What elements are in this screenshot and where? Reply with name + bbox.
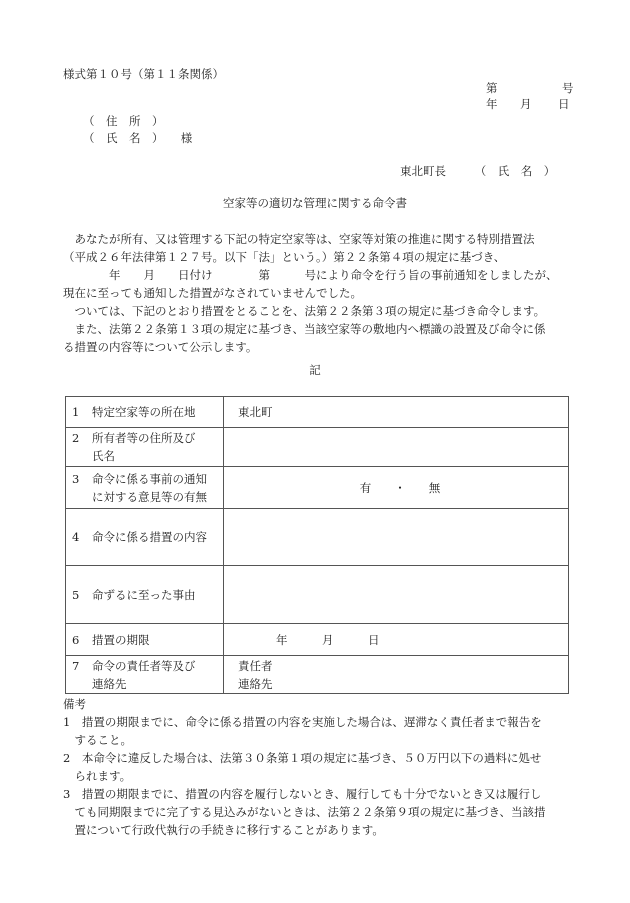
row-value-cell[interactable] bbox=[224, 428, 569, 467]
body-text: あなたが所有、又は管理する下記の特定空家等は、空家等対策の推進に関する特別措置法… bbox=[63, 230, 583, 356]
body-line: （平成２６年法律第１２７号。以下「法」という。）第２２条第４項の規定に基づき、 bbox=[63, 248, 583, 266]
date-month: 月 bbox=[520, 96, 532, 112]
row-label-cell: 1特定空家等の所在地 bbox=[66, 397, 224, 428]
table-row: 6措置の期限年 月 日 bbox=[66, 624, 569, 656]
table-row: 1特定空家等の所在地東北町 bbox=[66, 397, 569, 428]
ki-heading: 記 bbox=[0, 362, 630, 378]
body-line: 現在に至っても通知した措置がなされていませんでした。 bbox=[63, 284, 583, 302]
row-label-cell: 6措置の期限 bbox=[66, 624, 224, 656]
row-number: 1 bbox=[72, 403, 92, 421]
row-number: 3 bbox=[72, 470, 92, 488]
note-line: 3 措置の期限までに、措置の内容を履行しないとき、履行しても十分でないとき又は履… bbox=[63, 785, 583, 803]
body-line: ついては、下記のとおり措置をとることを、法第２２条第３項の規定に基づき命令します… bbox=[63, 302, 583, 320]
order-items-table: 1特定空家等の所在地東北町2所有者等の住所及び 氏名3命令に係る事前の通知 に対… bbox=[65, 396, 569, 694]
row-value-cell[interactable]: 東北町 bbox=[224, 397, 569, 428]
body-line: また、法第２２条第１３項の規定に基づき、当該空家等の敷地内へ標識の設置及び命令に… bbox=[63, 320, 583, 338]
row-label: 命令の責任者等及び 連絡先 bbox=[92, 657, 196, 693]
body-line: る措置の内容等について公示します。 bbox=[63, 338, 583, 356]
note-line: 1 措置の期限までに、命令に係る措置の内容を実施した場合は、遅滞なく責任者まで報… bbox=[63, 713, 583, 731]
row-label-cell: 3命令に係る事前の通知 に対する意見等の有無 bbox=[66, 467, 224, 509]
row-number: 7 bbox=[72, 657, 92, 675]
row-label-cell: 4命令に係る措置の内容 bbox=[66, 509, 224, 566]
row-label-cell: 5命ずるに至った事由 bbox=[66, 566, 224, 624]
row-number: 6 bbox=[72, 631, 92, 649]
table-row: 2所有者等の住所及び 氏名 bbox=[66, 428, 569, 467]
recipient-name: （ 氏 名 ） 様 bbox=[83, 130, 192, 146]
table-row: 3命令に係る事前の通知 に対する意見等の有無有 ・ 無 bbox=[66, 467, 569, 509]
row-label: 命令に係る事前の通知 に対する意見等の有無 bbox=[92, 470, 207, 506]
row-value-cell[interactable]: 有 ・ 無 bbox=[224, 467, 569, 509]
recipient-address: （ 住 所 ） bbox=[83, 113, 164, 129]
date-day: 日 bbox=[558, 96, 570, 112]
row-value-cell[interactable] bbox=[224, 509, 569, 566]
row-value-cell[interactable]: 責任者 連絡先 bbox=[224, 656, 569, 694]
doc-number-suffix: 号 bbox=[562, 80, 574, 96]
row-value-cell[interactable]: 年 月 日 bbox=[224, 624, 569, 656]
table-row: 4命令に係る措置の内容 bbox=[66, 509, 569, 566]
row-label: 措置の期限 bbox=[92, 631, 150, 649]
date-year: 年 bbox=[486, 96, 498, 112]
doc-number-prefix: 第 bbox=[486, 80, 498, 96]
body-line: 年 月 日付け 第 号により命令を行う旨の事前通知をしましたが、 bbox=[63, 266, 583, 284]
row-number: 4 bbox=[72, 528, 92, 546]
row-value-cell[interactable] bbox=[224, 566, 569, 624]
notes-heading: 備考 bbox=[63, 695, 583, 713]
table-row: 7命令の責任者等及び 連絡先責任者 連絡先 bbox=[66, 656, 569, 694]
row-label: 所有者等の住所及び 氏名 bbox=[92, 429, 196, 465]
note-line: 2 本命令に違反した場合は、法第３０条第１項の規定に基づき、５０万円以下の過料に… bbox=[63, 749, 583, 767]
row-label-cell: 7命令の責任者等及び 連絡先 bbox=[66, 656, 224, 694]
note-line: 置について行政代執行の手続きに移行することがあります。 bbox=[63, 821, 583, 839]
document-title: 空家等の適切な管理に関する命令書 bbox=[0, 195, 630, 211]
row-label: 特定空家等の所在地 bbox=[92, 403, 196, 421]
note-line: ても同期限までに完了する見込みがないときは、法第２２条第９項の規定に基づき、当該… bbox=[63, 803, 583, 821]
note-line: られます。 bbox=[63, 767, 583, 785]
notes: 備考 1 措置の期限までに、命令に係る措置の内容を実施した場合は、遅滞なく責任者… bbox=[63, 695, 583, 839]
row-label-cell: 2所有者等の住所及び 氏名 bbox=[66, 428, 224, 467]
row-label: 命令に係る措置の内容 bbox=[92, 528, 207, 546]
row-label: 命ずるに至った事由 bbox=[92, 586, 196, 604]
table-row: 5命ずるに至った事由 bbox=[66, 566, 569, 624]
row-number: 2 bbox=[72, 429, 92, 447]
note-line: すること。 bbox=[63, 731, 583, 749]
body-line: あなたが所有、又は管理する下記の特定空家等は、空家等対策の推進に関する特別措置法 bbox=[63, 230, 583, 248]
form-id: 様式第１０号（第１１条関係） bbox=[63, 66, 224, 82]
issuer: 東北町長 （ 氏 名 ） bbox=[400, 163, 555, 179]
row-number: 5 bbox=[72, 586, 92, 604]
